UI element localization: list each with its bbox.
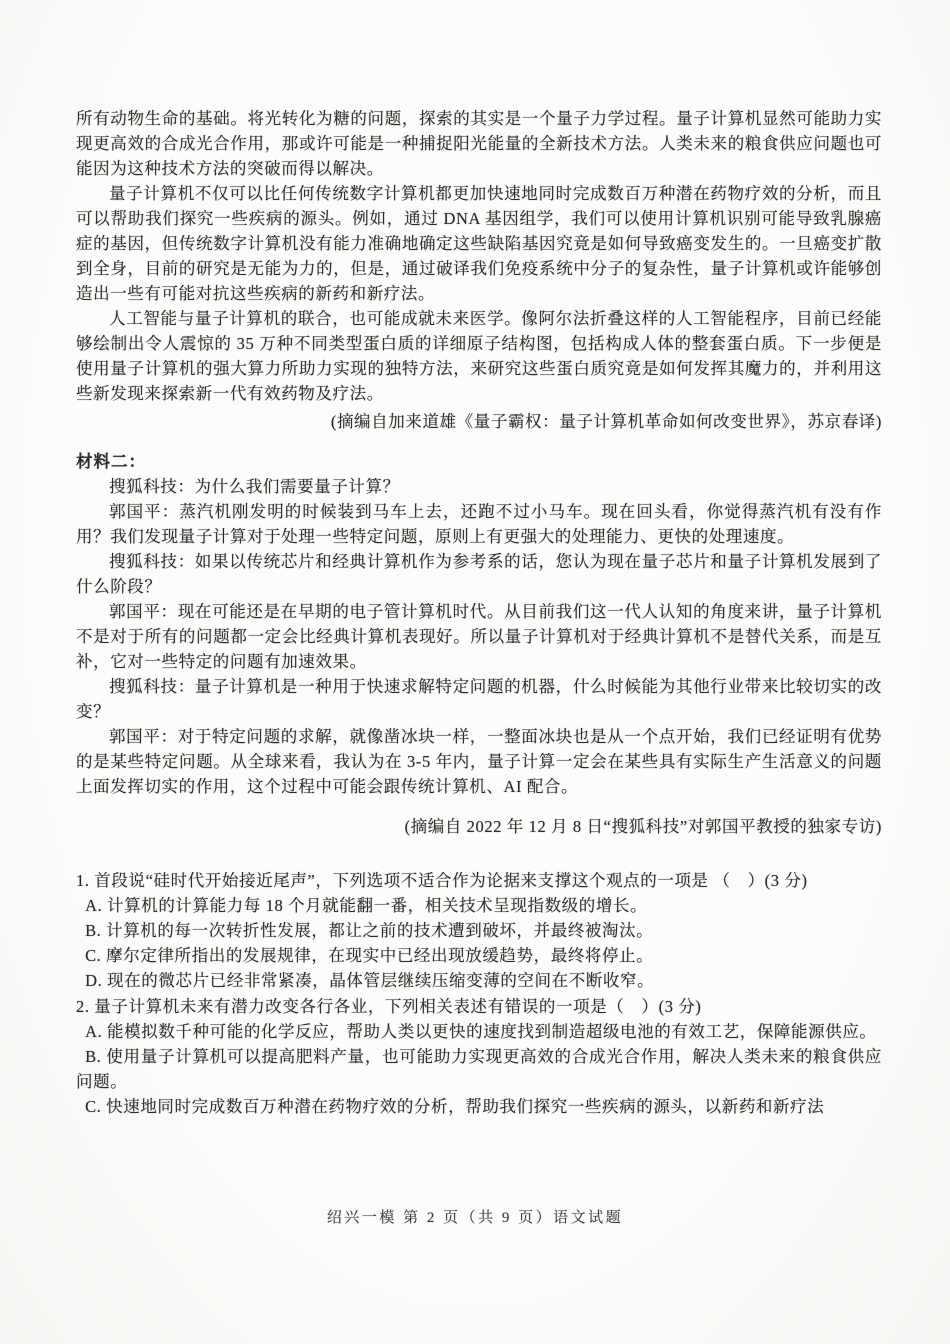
scanned-exam-page: 所有动物生命的基础。将光转化为糖的问题，探索的其实是一个量子力学过程。量子计算机…	[0, 0, 950, 1344]
dialogue-paragraph: 搜狐科技：如果以传统芯片和经典计算机作为参考系的话，您认为现在量子芯片和量子计算…	[76, 549, 882, 599]
page-content: 所有动物生命的基础。将光转化为糖的问题，探索的其实是一个量子力学过程。量子计算机…	[76, 106, 882, 1119]
dialogue-paragraph: 搜狐科技：量子计算机是一种用于快速求解特定问题的机器，什么时候能为其他行业带来比…	[76, 674, 882, 724]
material-one-citation: (摘编自加来道雄《量子霸权：量子计算机革命如何改变世界》，苏京春译)	[76, 409, 882, 434]
material-one-paragraph: 人工智能与量子计算机的联合，也可能成就未来医学。像阿尔法折叠这样的人工智能程序，…	[76, 306, 882, 406]
question-1-option-a: A. 计算机的计算能力每 18 个月就能翻一番，相关技术呈现指数级的增长。	[76, 893, 882, 918]
question-2-option-a: A. 能模拟数千种可能的化学反应，帮助人类以更快的速度找到制造超级电池的有效工艺…	[76, 1019, 882, 1044]
material-one-paragraph: 量子计算机不仅可以比任何传统数字计算机都更加快速地同时完成数百万种潜在药物疗效的…	[76, 181, 882, 306]
questions-section: 1. 首段说“硅时代开始接近尾声”，下列选项不适合作为论据来支撑这个观点的一项是…	[76, 868, 882, 1119]
material-two-section: 材料二： 搜狐科技：为什么我们需要量子计算？ 郭国平：蒸汽机刚发明的时候装到马车…	[76, 449, 882, 839]
dialogue-paragraph: 郭国平：对于特定问题的求解，就像凿冰块一样，一整面冰块也是从一个点开始，我们已经…	[76, 724, 882, 799]
question-1-stem: 1. 首段说“硅时代开始接近尾声”，下列选项不适合作为论据来支撑这个观点的一项是…	[76, 868, 882, 893]
question-2-option-c: C. 快速地同时完成数百万种潜在药物疗效的分析，帮助我们探究一些疾病的源头，以新…	[76, 1094, 882, 1119]
question-2-stem: 2. 量子计算机未来有潜力改变各行各业，下列相关表述有错误的一项是（ ）(3 分…	[76, 994, 882, 1019]
material-one-section: 所有动物生命的基础。将光转化为糖的问题，探索的其实是一个量子力学过程。量子计算机…	[76, 106, 882, 434]
question-2-option-b: B. 使用量子计算机可以提高肥料产量，也可能助力实现更高效的合成光合作用，解决人…	[76, 1044, 882, 1094]
dialogue-paragraph: 郭国平：现在可能还是在早期的电子管计算机时代。从目前我们这一代人认知的角度来讲，…	[76, 599, 882, 674]
dialogue-paragraph: 郭国平：蒸汽机刚发明的时候装到马车上去，还跑不过小马车。现在回头看，你觉得蒸汽机…	[76, 499, 882, 549]
material-two-label: 材料二：	[76, 449, 882, 474]
dialogue-paragraph: 搜狐科技：为什么我们需要量子计算？	[76, 474, 882, 499]
material-two-citation: (摘编自 2022 年 12 月 8 日“搜狐科技”对郭国平教授的独家专访)	[76, 814, 882, 839]
question-1-option-c: C. 摩尔定律所指出的发展规律，在现实中已经出现放缓趋势，最终将停止。	[76, 943, 882, 968]
material-one-paragraph: 所有动物生命的基础。将光转化为糖的问题，探索的其实是一个量子力学过程。量子计算机…	[76, 106, 882, 181]
question-1-option-b: B. 计算机的每一次转折性发展，都让之前的技术遭到破坏，并最终被淘汰。	[76, 918, 882, 943]
page-footer: 绍兴一模 第 2 页（共 9 页）语文试题	[0, 1206, 950, 1227]
question-1-option-d: D. 现在的微芯片已经非常紧凑，晶体管层继续压缩变薄的空间在不断收窄。	[76, 968, 882, 993]
